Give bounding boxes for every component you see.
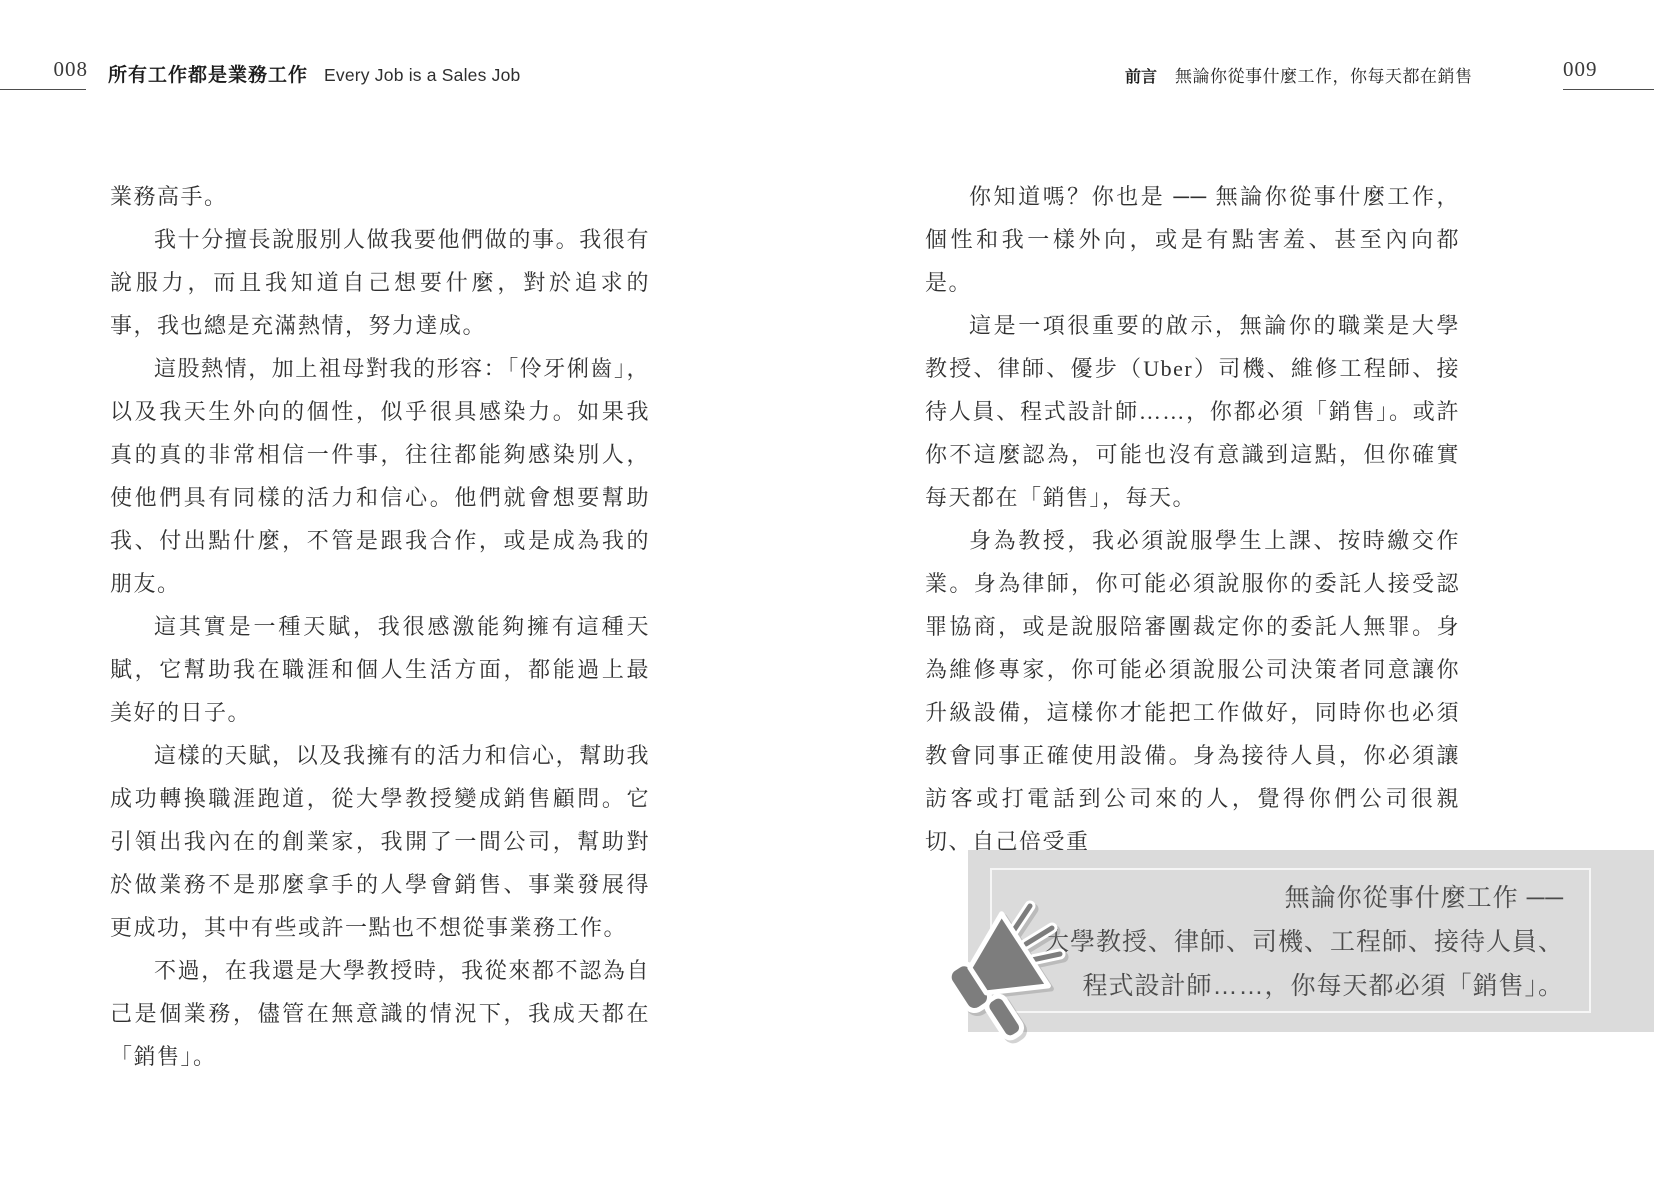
right-header-rule (1563, 89, 1654, 90)
right-page-body: 你知道嗎？你也是 ── 無論你從事什麼工作，個性和我一樣外向，或是有點害羞、甚至… (925, 175, 1460, 863)
callout-line: 程式設計師……，你每天都必須「銷售」。 (1028, 964, 1564, 1008)
paragraph: 不過，在我還是大學教授時，我從來都不認為自己是個業務，儘管在無意識的情況下，我成… (110, 949, 650, 1078)
callout-line: 大學教授、律師、司機、工程師、接待人員、 (1028, 920, 1564, 964)
chapter-title: 無論你從事什麼工作，你每天都在銷售 (1175, 62, 1473, 87)
megaphone-icon (926, 886, 1076, 1048)
book-title-en: Every Job is a Sales Job (324, 65, 520, 86)
chapter-label: 前言 (1125, 64, 1157, 87)
book-title-zh: 所有工作都是業務工作 (108, 60, 308, 87)
callout-line: 無論你從事什麼工作 ── (1028, 876, 1564, 920)
paragraph: 身為教授，我必須說服學生上課、按時繳交作業。身為律師，你可能必須說服你的委託人接… (925, 519, 1460, 863)
paragraph: 這是一項很重要的啟示，無論你的職業是大學教授、律師、優步（Uber）司機、維修工… (925, 304, 1460, 519)
right-running-header: 前言 無論你從事什麼工作，你每天都在銷售 (1125, 62, 1473, 87)
paragraph: 這樣的天賦，以及我擁有的活力和信心，幫助我成功轉換職涯跑道，從大學教授變成銷售顧… (110, 734, 650, 949)
paragraph: 這其實是一種天賦，我很感激能夠擁有這種天賦，它幫助我在職涯和個人生活方面，都能過… (110, 605, 650, 734)
paragraph: 你知道嗎？你也是 ── 無論你從事什麼工作，個性和我一樣外向，或是有點害羞、甚至… (925, 175, 1460, 304)
right-page-number: 009 (1563, 57, 1623, 82)
left-page-body: 業務高手。 我十分擅長說服別人做我要他們做的事。我很有說服力，而且我知道自己想要… (110, 175, 650, 1078)
paragraph: 業務高手。 (110, 175, 650, 218)
book-spread: 008 所有工作都是業務工作 Every Job is a Sales Job … (0, 0, 1654, 1181)
paragraph: 我十分擅長說服別人做我要他們做的事。我很有說服力，而且我知道自己想要什麼，對於追… (110, 218, 650, 347)
callout-box: 無論你從事什麼工作 ── 大學教授、律師、司機、工程師、接待人員、 程式設計師…… (968, 850, 1654, 1032)
callout-text: 無論你從事什麼工作 ── 大學教授、律師、司機、工程師、接待人員、 程式設計師…… (1028, 876, 1564, 1008)
left-running-header: 所有工作都是業務工作 Every Job is a Sales Job (108, 60, 520, 87)
left-page-number: 008 (18, 57, 88, 82)
left-header-rule (0, 89, 86, 90)
paragraph: 這股熱情，加上祖母對我的形容：「伶牙俐齒」，以及我天生外向的個性，似乎很具感染力… (110, 347, 650, 605)
